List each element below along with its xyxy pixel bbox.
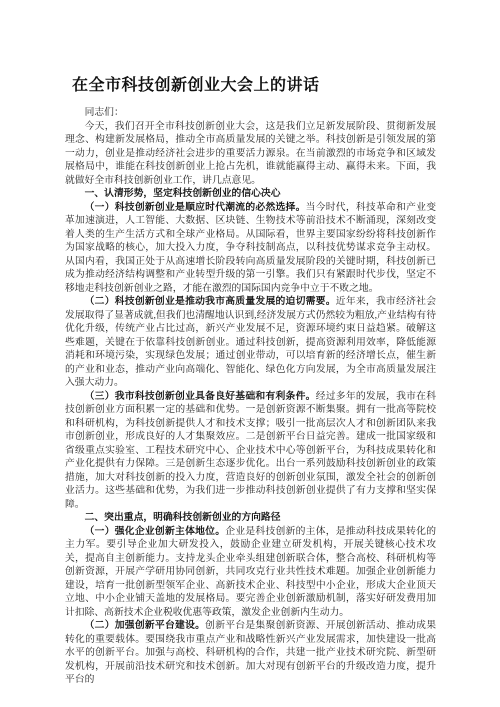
section-1-point-2: （二）科技创新创业是推动我市高质量发展的迫切需要。近年来，我市经济社会发展取得了… (65, 295, 436, 390)
paragraph-text: 经过多年的发展，我市在科技创新创业方面积累一定的基础和优势。一是创新资源不断集聚… (65, 391, 436, 510)
section-1-heading: 一、认清形势，坚定科技创新创业的信心决心 (65, 187, 436, 201)
paragraph-lead: （二）科技创新创业是推动我市高质量发展的迫切需要。 (85, 296, 336, 307)
heading-text: 一、认清形势，坚定科技创新创业的信心决心 (85, 188, 281, 199)
paragraph-lead: （一）强化企业创新主体地位。 (85, 526, 226, 537)
paragraph-text: 当今时代，科技革命和产业变革加速演进，人工智能、大数据、区块链、生物技术等前沿技… (65, 202, 436, 294)
salutation: 同志们： (65, 106, 436, 120)
intro-paragraph: 今天，我们召开全市科技创新创业大会，这是我们立足新发展阶段、贯彻新发展理念、构建… (65, 120, 436, 188)
section-2-point-1: （一）强化企业创新主体地位。企业是科技创新的主体，是推动科技成果转化的主力军。要… (65, 525, 436, 620)
section-1-point-1: （一）科技创新创业是顺应时代潮流的必然选择。当今时代，科技革命和产业变革加速演进… (65, 201, 436, 296)
paragraph-lead: （三）我市科技创新创业具备良好基础和有利条件。 (85, 391, 316, 402)
document-page: 在全市科技创新创业大会上的讲话 同志们： 今天，我们召开全市科技创新创业大会，这… (0, 0, 500, 707)
heading-text: 二、突出重点，明确科技创新创业的方向路径 (85, 512, 281, 523)
document-title: 在全市科技创新创业大会上的讲话 (72, 77, 436, 95)
paragraph-lead: （二）加强创新平台建设。 (85, 620, 206, 631)
paragraph-text: 企业是科技创新的主体，是推动科技成果转化的主力军。要引导企业加大研发投入，鼓励企… (65, 526, 436, 618)
document-body: 在全市科技创新创业大会上的讲话 同志们： 今天，我们召开全市科技创新创业大会，这… (65, 77, 436, 687)
section-1-point-3: （三）我市科技创新创业具备良好基础和有利条件。经过多年的发展，我市在科技创新创业… (65, 390, 436, 512)
paragraph-lead: （一）科技创新创业是顺应时代潮流的必然选择。 (85, 202, 306, 213)
section-2-heading: 二、突出重点，明确科技创新创业的方向路径 (65, 511, 436, 525)
section-2-point-2: （二）加强创新平台建设。创新平台是集聚创新资源、开展创新活动、推动成果转化的重要… (65, 619, 436, 687)
paragraph-text: 今天，我们召开全市科技创新创业大会，这是我们立足新发展阶段、贯彻新发展理念、构建… (65, 121, 436, 186)
paragraph-text: 近年来，我市经济社会发展取得了显著成就,但我们也清醒地认识到,经济发展方式仍然较… (65, 296, 436, 388)
